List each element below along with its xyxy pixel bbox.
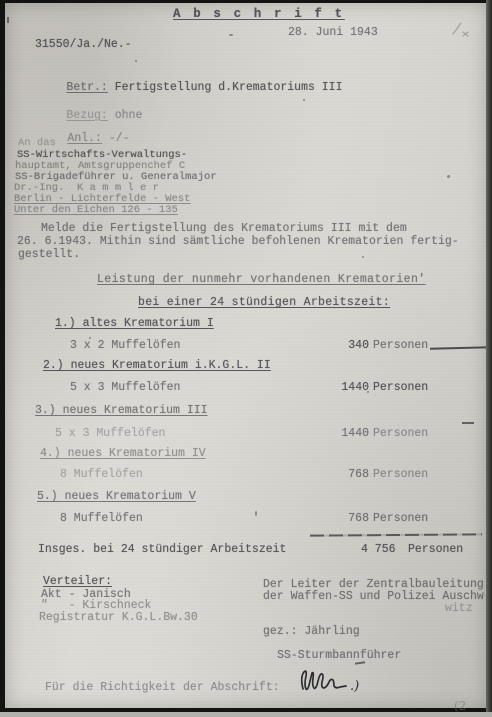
crematorium-row-ovens: 8 Muffelöfen [60,469,143,482]
crematorium-row-heading: 5.) neues Krematorium V [37,491,196,504]
signature-scribble-icon [298,665,356,697]
enclosure-label: Anl.: [67,132,102,145]
body-line: 26. 6.1943. Mithin sind sämtliche befohl… [17,236,459,249]
distribution-heading: Verteiler: [43,576,112,589]
crematorium-row-ovens: 5 x 3 Muffelöfen [55,428,165,441]
paper-speck [367,391,369,393]
recipient-line: An das [18,138,56,150]
total-value: 4 756 [361,544,396,557]
crematorium-row-unit: Personen [373,382,428,395]
crematorium-row-capacity: 1440 [327,382,369,395]
document-page: A b s c h r i f t 28. Juni 1943 31550/Ja… [5,3,486,708]
crematorium-row-capacity: 768 [327,513,369,526]
total-unit: Personen [408,544,463,557]
signer-rank: SS-Sturmbannführer [277,650,401,663]
crematorium-row-capacity: 768 [327,469,369,482]
paper-speck [135,60,137,62]
issuer-line: witz [445,603,473,616]
crematorium-row-unit: Personen [373,469,428,482]
crematorium-row-heading: 2.) neues Krematorium i.K.G.L. II [43,360,271,373]
date: 28. Juni 1943 [288,27,378,40]
body-line: Melde die Fertigstellung des Krematorium… [41,223,407,236]
subject-text: Fertigstellung d.Krematoriums III [108,81,343,94]
crematorium-row-unit: Personen [373,340,428,353]
crematorium-row-heading: 4.) neues Krematorium IV [40,448,206,461]
margin-dash-mark [430,346,490,350]
crematorium-row-unit: Personen [373,513,428,526]
table-title-line2: bei einer 24 stündigen Arbeitszeit: [138,297,390,310]
scanned-document: A b s c h r i f t 28. Juni 1943 31550/Ja… [0,0,492,717]
margin-dash-mark [462,422,474,424]
paper-speck [362,256,364,258]
crematorium-row-unit: Personen [373,428,428,441]
crematorium-row-heading: 1.) altes Krematorium I [55,318,214,331]
enclosure-text: -/- [102,132,130,145]
signature-suffix: .) [350,679,359,694]
signed-by: gez.: Jährling [263,626,360,639]
crematorium-row-ovens: 3 x 2 Muffelöfen [70,340,180,353]
paper-speck [229,34,233,36]
crematorium-row-ovens: 8 Muffelöfen [60,513,143,526]
file-reference: 31550/Ja./Ne.- [35,39,132,52]
paper-speck [303,99,305,101]
paper-speck [89,337,91,339]
certification-line: Für die Richtigkeit der Abschrift: [45,682,280,695]
signature-flourish-mark [355,661,365,664]
scan-bottom-strip [0,712,492,717]
scan-right-edge [486,0,492,712]
table-title-line1: Leistung der nunmehr vorhandenen Kremato… [97,274,426,287]
body-line: gestellt. [18,249,80,262]
distribution-line: Registratur K.G.L.Bw.30 [39,612,198,625]
total-divider-line [310,533,482,536]
edge-tick-mark [7,17,9,23]
pencil-mark-icon [449,20,475,40]
handwritten-signature [298,665,356,697]
subject-label: Betr.: [66,81,107,94]
page-number-marker: (2 [454,699,466,713]
document-title: A b s c h r i f t [173,8,345,22]
crematorium-row-capacity: 1440 [327,428,369,441]
total-label: Insges. bei 24 stündiger Arbeitszeit [38,544,286,557]
paper-speck [255,511,257,516]
paper-speck [447,175,450,178]
recipient-line: Unter den Eichen 126 - 135 [14,205,178,217]
crematorium-row-capacity: 340 [327,340,369,353]
crematorium-row-heading: 3.) neues Krematorium III [35,405,208,418]
crematorium-row-ovens: 5 x 3 Muffelöfen [70,382,180,395]
